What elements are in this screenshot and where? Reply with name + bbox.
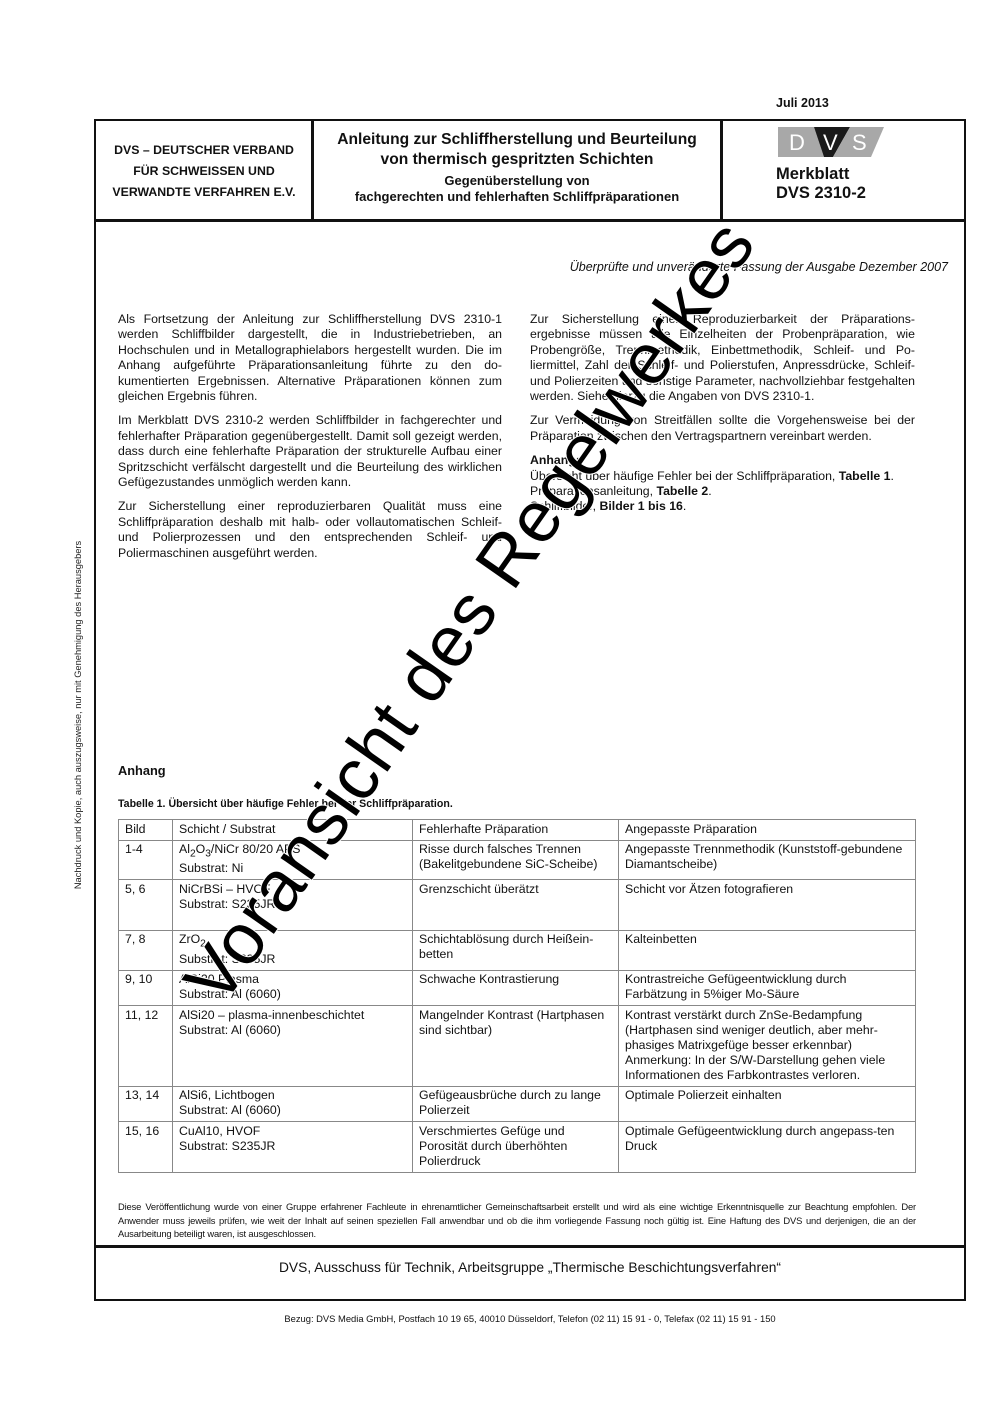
cell-faulty-preparation: Schichtablösung durch Heißein-betten bbox=[413, 930, 619, 970]
substrate-text: Substrat: Al (6060) bbox=[179, 987, 406, 1002]
substrate-text: Substrat: Al (6060) bbox=[179, 1023, 406, 1038]
table-row: 15, 16CuAl10, HVOFSubstrat: S235JRVersch… bbox=[119, 1122, 916, 1173]
org-line-2: FÜR SCHWEISSEN UND bbox=[112, 161, 295, 182]
cell-faulty-preparation: Risse durch falsches Trennen (Bakelitgeb… bbox=[413, 840, 619, 880]
cell-layer-substrate: AlSi20 – plasma-innenbeschichtetSubstrat… bbox=[173, 1006, 413, 1087]
dvs-logo-icon: D V S bbox=[778, 127, 884, 157]
column-header: Bild bbox=[119, 820, 173, 841]
cell-adapted-preparation: Optimale Gefügeentwicklung durch angepas… bbox=[619, 1122, 916, 1173]
cell-bild: 1-4 bbox=[119, 840, 173, 880]
substrate-text: Substrat: Ni bbox=[179, 861, 406, 876]
paragraph: Als Fortsetzung der Anleitung zur Schlif… bbox=[118, 312, 502, 404]
cell-faulty-preparation: Mangelnder Kontrast (Hartphasen sind sic… bbox=[413, 1006, 619, 1087]
cell-layer-substrate: AlSi20 PlasmaSubstrat: Al (6060) bbox=[173, 970, 413, 1006]
copyright-side-note: Nachdruck und Kopie, auch auszugsweise, … bbox=[73, 541, 83, 889]
annex-item: Präparationsanleitung, Tabelle 2. bbox=[530, 484, 915, 499]
committee-credit: DVS, Ausschuss für Technik, Arbeitsgrupp… bbox=[97, 1260, 963, 1275]
column-header: Angepasste Präparation bbox=[619, 820, 916, 841]
cell-layer-substrate: NiCrBSi – HVOFSubstrat: S235JR bbox=[173, 880, 413, 931]
annex-ref: Tabelle 2 bbox=[656, 484, 708, 498]
table-row: 9, 10AlSi20 PlasmaSubstrat: Al (6060)Sch… bbox=[119, 970, 916, 1006]
cell-bild: 13, 14 bbox=[119, 1086, 173, 1122]
footer-divider-top bbox=[94, 1245, 966, 1248]
column-header: Fehlerhafte Präparation bbox=[413, 820, 619, 841]
annex-ref: Tabelle 1 bbox=[839, 469, 891, 483]
cell-layer-substrate: AlSi6, LichtbogenSubstrat: Al (6060) bbox=[173, 1086, 413, 1122]
paragraph: Im Merkblatt DVS 2310-2 werden Schliffbi… bbox=[118, 413, 502, 490]
annex-ref: Bilder 1 bis 16 bbox=[600, 499, 683, 513]
table-row: 7, 8ZrO2Substrat: S235JRSchichtablösung … bbox=[119, 930, 916, 970]
doc-identifier: Merkblatt DVS 2310-2 bbox=[776, 165, 866, 203]
cell-adapted-preparation: Kontrastreiche Gefügeentwicklung durch F… bbox=[619, 970, 916, 1006]
document-title-block: Anleitung zur Schliffherstellung und Beu… bbox=[314, 122, 720, 220]
cell-layer-substrate: ZrO2Substrat: S235JR bbox=[173, 930, 413, 970]
paragraph: Zur Sicherstellung einer reproduzierbare… bbox=[118, 499, 502, 561]
body-right-column: Zur Sicherstellung einer Reproduzierbark… bbox=[530, 312, 915, 515]
annex-summary-heading: Anhang: bbox=[530, 453, 580, 467]
layer-text: CuAl10, HVOF bbox=[179, 1124, 406, 1139]
cell-adapted-preparation: Schicht vor Ätzen fotografieren bbox=[619, 880, 916, 931]
cell-adapted-preparation: Kalteinbetten bbox=[619, 930, 916, 970]
annex-summary: Anhang: Übersicht über häufige Fehler be… bbox=[530, 453, 915, 515]
cell-bild: 5, 6 bbox=[119, 880, 173, 931]
layer-text: AlSi20 Plasma bbox=[179, 972, 406, 987]
cell-layer-substrate: CuAl10, HVOFSubstrat: S235JR bbox=[173, 1122, 413, 1173]
layer-text: Al2O3/NiCr 80/20 APS bbox=[179, 842, 406, 861]
substrate-text: Substrat: S235JR bbox=[179, 952, 406, 967]
table-caption: Tabelle 1. Übersicht über häufige Fehler… bbox=[118, 798, 453, 810]
substrate-text: Substrat: S235JR bbox=[179, 1139, 406, 1154]
title-line-1: Anleitung zur Schliffherstellung und Beu… bbox=[314, 130, 720, 150]
org-line-3: VERWANDTE VERFAHREN E.V. bbox=[112, 182, 295, 203]
cell-adapted-preparation: Optimale Polierzeit einhalten bbox=[619, 1086, 916, 1122]
cell-layer-substrate: Al2O3/NiCr 80/20 APSSubstrat: Ni bbox=[173, 840, 413, 880]
annex-item: Übersicht über häufige Fehler bei der Sc… bbox=[530, 469, 915, 484]
subtitle-line-2: fachgerechten und fehlerhaften Schliffpr… bbox=[314, 189, 720, 205]
cell-faulty-preparation: Schwache Kontrastierung bbox=[413, 970, 619, 1006]
table-header-row: Bild Schicht / Substrat Fehlerhafte Präp… bbox=[119, 820, 916, 841]
cell-faulty-preparation: Grenzschicht überätzt bbox=[413, 880, 619, 931]
doc-number: DVS 2310-2 bbox=[776, 184, 866, 203]
layer-text: NiCrBSi – HVOF bbox=[179, 882, 406, 897]
svg-text:V: V bbox=[823, 130, 838, 155]
title-line-2: von thermisch gespritzten Schichten bbox=[314, 150, 720, 170]
cell-faulty-preparation: Gefügeausbrüche durch zu lange Polierzei… bbox=[413, 1086, 619, 1122]
cell-bild: 11, 12 bbox=[119, 1006, 173, 1087]
svg-text:D: D bbox=[789, 130, 805, 155]
column-header: Schicht / Substrat bbox=[173, 820, 413, 841]
disclaimer: Diese Veröffentlichung wurde von einer G… bbox=[118, 1200, 916, 1241]
publication-date: Juli 2013 bbox=[776, 96, 829, 110]
cell-adapted-preparation: Angepasste Trennmethodik (Kunststoff-geb… bbox=[619, 840, 916, 880]
organization-name: DVS – DEUTSCHER VERBAND FÜR SCHWEISSEN U… bbox=[97, 122, 311, 220]
doc-type: Merkblatt bbox=[776, 165, 866, 184]
substrate-text: Substrat: S235JR bbox=[179, 897, 406, 912]
svg-text:S: S bbox=[852, 130, 867, 155]
cell-adapted-preparation: Kontrast verstärkt durch ZnSe-Bedampfung… bbox=[619, 1006, 916, 1087]
subtitle-line-1: Gegenüberstellung von bbox=[314, 173, 720, 189]
doc-id-block: D V S Merkblatt DVS 2310-2 bbox=[723, 122, 963, 220]
cell-faulty-preparation: Verschmiertes Gefüge und Porosität durch… bbox=[413, 1122, 619, 1173]
body-left-column: Als Fortsetzung der Anleitung zur Schlif… bbox=[118, 312, 502, 570]
paragraph: Zur Vermeidung von Streitfällen sollte d… bbox=[530, 413, 915, 444]
substrate-text: Substrat: Al (6060) bbox=[179, 1103, 406, 1118]
annex-item: Schliffbilder, Bilder 1 bis 16. bbox=[530, 499, 915, 514]
layer-text: ZrO2 bbox=[179, 932, 406, 951]
org-line-1: DVS – DEUTSCHER VERBAND bbox=[112, 140, 295, 161]
cell-bild: 9, 10 bbox=[119, 970, 173, 1006]
table-row: 11, 12AlSi20 – plasma-innenbeschichtetSu… bbox=[119, 1006, 916, 1087]
table-row: 5, 6NiCrBSi – HVOFSubstrat: S235JR Grenz… bbox=[119, 880, 916, 931]
annex-heading: Anhang bbox=[118, 763, 166, 778]
cell-bild: 15, 16 bbox=[119, 1122, 173, 1173]
table-row: 1-4Al2O3/NiCr 80/20 APSSubstrat: NiRisse… bbox=[119, 840, 916, 880]
cell-bild: 7, 8 bbox=[119, 930, 173, 970]
edition-note: Überprüfte und unveränderte Fassung der … bbox=[570, 260, 948, 274]
defects-table: Bild Schicht / Substrat Fehlerhafte Präp… bbox=[118, 819, 916, 1173]
table-row: 13, 14AlSi6, LichtbogenSubstrat: Al (606… bbox=[119, 1086, 916, 1122]
layer-text: AlSi20 – plasma-innenbeschichtet bbox=[179, 1008, 406, 1023]
supply-address: Bezug: DVS Media GmbH, Postfach 10 19 65… bbox=[97, 1313, 963, 1324]
paragraph: Zur Sicherstellung einer Reproduzierbark… bbox=[530, 312, 915, 404]
layer-text: AlSi6, Lichtbogen bbox=[179, 1088, 406, 1103]
